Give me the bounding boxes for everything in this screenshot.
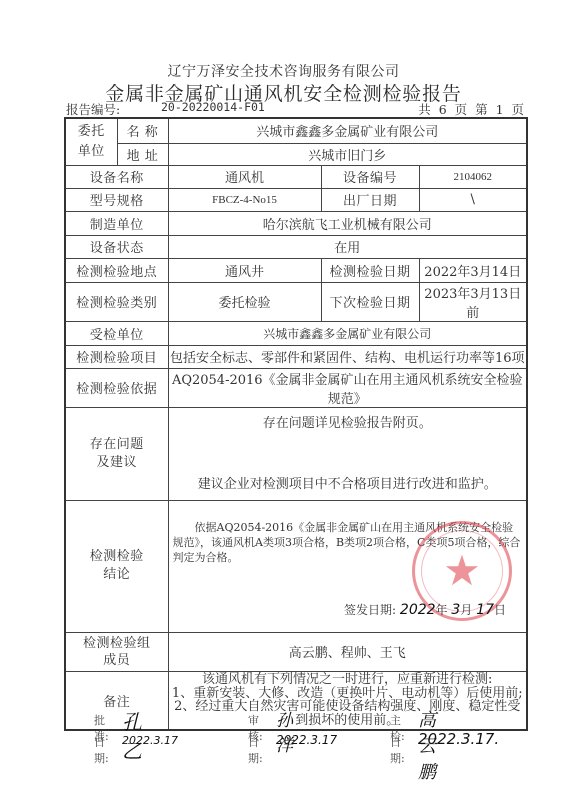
equipment-number-label: 设备编号 (321, 165, 419, 188)
issue-day: 17 (476, 602, 494, 618)
issues-line1: 存在问题详见检验报告附页。 (169, 416, 527, 431)
location-label: 检测检验地点 (65, 258, 168, 282)
factory-date: \ (419, 188, 527, 211)
team-label: 检测检验组 成员 (65, 632, 168, 671)
conclusion-label: 检测检验 结论 (65, 500, 168, 632)
type-value: 委托检验 (168, 282, 321, 321)
issue-year: 2022 (400, 602, 436, 618)
issue-date-label: 签发日期: (344, 603, 396, 617)
client-group-label: 委托单位 (65, 118, 117, 165)
signature-area: 批准: 孔 乙 日期: 2022.3.17 审核: 孙洋 日期: 2022.3.… (0, 712, 567, 772)
client-name-label: 名 称 (117, 118, 168, 143)
issue-month: 3 (451, 602, 460, 618)
report-no: 20-20220014-F01 (161, 100, 265, 114)
manufacturer: 哈尔滨航飞工业机械有限公司 (168, 211, 527, 235)
basis-value: AQ2054-2016《金属非金属矿山在用主通风机系统安全检验规范》 (168, 368, 527, 407)
equipment-name-label: 设备名称 (65, 165, 168, 188)
inspected-unit-label: 受检单位 (65, 321, 168, 345)
model-value: FBCZ-4-No15 (168, 188, 321, 211)
review-handwriting: 孙洋 (276, 706, 293, 756)
client-name: 兴城市鑫鑫多金属矿业有限公司 (168, 118, 527, 143)
company-name: 辽宁万泽安全技术咨询服务有限公司 (0, 61, 567, 81)
location-value: 通风井 (168, 258, 321, 282)
type-label: 检测检验类别 (65, 282, 168, 321)
equipment-name: 通风机 (168, 165, 321, 188)
team-label-line1: 检测检验组 (66, 635, 168, 652)
remarks-line1: 该通风机有下列情况之一时进行，应重新进行检测: (171, 673, 525, 687)
client-address: 兴城市旧门乡 (168, 143, 527, 165)
issues-label-line1: 存在问题 (66, 436, 168, 454)
next-date-label: 下次检验日期 (321, 282, 419, 321)
report-meta: 报告编号: 20-20220014-F01 共 6 页 第 1 页 (66, 100, 526, 116)
issues-content: 存在问题详见检验报告附页。 建议企业对检测项目中不合格项目进行改进和监护。 (168, 407, 527, 500)
star-icon: ★ (415, 550, 509, 592)
client-address-label: 地 址 (117, 143, 168, 165)
inspection-date-label: 检测检验日期 (321, 258, 419, 282)
issues-line2: 建议企业对检测项目中不合格项目进行改进和监护。 (169, 477, 527, 492)
team-members: 高云鹏、程帅、王飞 (168, 632, 527, 671)
model-label: 型号规格 (65, 188, 168, 211)
basis-label: 检测检验依据 (65, 368, 168, 407)
inspected-unit: 兴城市鑫鑫多金属矿业有限公司 (168, 321, 527, 345)
inspection-date: 2022年3月14日 (419, 258, 527, 282)
items-label: 检测检验项目 (65, 345, 168, 368)
issue-date: 签发日期: 2022年 3月 17日 (344, 601, 506, 618)
factory-date-label: 出厂日期 (321, 188, 419, 211)
conclusion-label-line2: 结论 (66, 566, 168, 584)
status-value: 在用 (168, 235, 527, 258)
issues-label: 存在问题 及建议 (65, 407, 168, 500)
conclusion-content: ★ 依据AQ2054-2016《金属非金属矿山在用主通风机系统安全检验规范》，该… (168, 500, 527, 632)
manufacturer-label: 制造单位 (65, 211, 168, 235)
items-value: 包括安全标志、零部件和紧固件、结构、电机运行功率等16项 (168, 345, 527, 368)
conclusion-label-line1: 检测检验 (66, 548, 168, 566)
next-date: 2023年3月13日前 (419, 282, 527, 321)
equipment-number: 2104062 (419, 165, 527, 188)
issues-label-line2: 及建议 (66, 454, 168, 472)
status-label: 设备状态 (65, 235, 168, 258)
report-table: 委托单位 名 称 兴城市鑫鑫多金属矿业有限公司 地 址 兴城市旧门乡 设备名称 … (64, 117, 528, 731)
page-indicator: 共 6 页 第 1 页 (418, 100, 526, 118)
report-no-label: 报告编号: (66, 100, 120, 118)
team-label-line2: 成员 (66, 652, 168, 669)
